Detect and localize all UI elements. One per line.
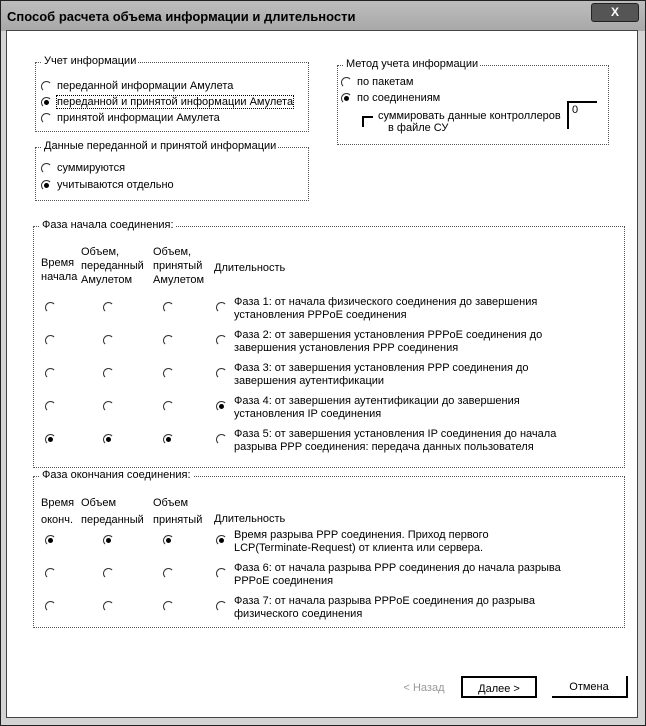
sum-controllers-label-1: суммировать данные контроллеров xyxy=(378,110,561,122)
tx-rx-label-1: учитываются отдельно xyxy=(57,179,174,191)
start-col-duration: Длительность xyxy=(214,261,285,275)
start-phase-row-4-received-radio[interactable] xyxy=(163,434,174,445)
end-phase-row-1-time-radio[interactable] xyxy=(45,568,56,579)
method-label-1: по соединениям xyxy=(357,92,440,104)
back-button[interactable]: < Назад xyxy=(391,677,457,699)
start-phase-row-2-received-radio[interactable] xyxy=(163,368,174,379)
start-phase-row-2-duration-radio[interactable] xyxy=(216,368,227,379)
info-accounting-radio-0[interactable] xyxy=(41,81,52,92)
end-phase-row-0-received-radio[interactable] xyxy=(163,535,174,546)
info-accounting-title: Учет информации xyxy=(42,55,138,67)
info-accounting-radio-1[interactable] xyxy=(41,97,52,108)
info-accounting-label-1: переданной и принятой информации Амулета xyxy=(57,96,293,108)
method-radio-1[interactable] xyxy=(341,93,352,104)
start-phase-row-4-time-radio[interactable] xyxy=(45,434,56,445)
sum-value-input[interactable]: 0 xyxy=(567,101,597,129)
tx-rx-group: Данные переданной и принятой информации xyxy=(35,147,309,201)
close-button[interactable]: X xyxy=(591,3,639,22)
start-phase-row-0-time-radio[interactable] xyxy=(45,302,56,313)
cancel-button[interactable]: Отмена xyxy=(552,676,628,698)
start-phase-row-1-duration-radio[interactable] xyxy=(216,335,227,346)
window-title: Способ расчета объема информации и длите… xyxy=(7,9,356,24)
sum-controllers-checkbox[interactable] xyxy=(362,116,373,127)
start-phase-row-3-received-radio[interactable] xyxy=(163,401,174,412)
end-col-received: Объемпринятый xyxy=(153,495,202,529)
start-phase-row-2-time-radio[interactable] xyxy=(45,368,56,379)
start-phase-row-4-sent-radio[interactable] xyxy=(103,434,114,445)
info-accounting-label-0: переданной информации Амулета xyxy=(57,80,233,92)
end-phase-title: Фаза окончания соединения: xyxy=(40,469,193,481)
sum-controllers-label-2: в файле СУ xyxy=(388,122,448,134)
method-title: Метод учета информации xyxy=(344,58,480,70)
tx-rx-title: Данные переданной и принятой информации xyxy=(42,140,278,152)
start-col-time: Времяначала xyxy=(41,256,77,284)
end-col-time: Времяоконч. xyxy=(41,495,74,529)
next-button[interactable]: Далее > xyxy=(461,676,537,698)
end-phase-row-1-received-radio[interactable] xyxy=(163,568,174,579)
start-phase-row-0-received-radio[interactable] xyxy=(163,302,174,313)
end-phase-row-2-description: Фаза 7: от начала разрыва PPPoE соединен… xyxy=(234,595,584,621)
start-phase-row-3-sent-radio[interactable] xyxy=(103,401,114,412)
method-label-0: по пакетам xyxy=(357,76,414,88)
start-phase-row-1-description: Фаза 2: от завершения установления PPPoE… xyxy=(234,329,584,355)
method-radio-0[interactable] xyxy=(341,77,352,88)
info-accounting-label-2: принятой информации Амулета xyxy=(57,112,220,124)
start-phase-row-0-sent-radio[interactable] xyxy=(103,302,114,313)
tx-rx-label-0: суммируются xyxy=(57,162,125,174)
tx-rx-radio-1[interactable] xyxy=(41,180,52,191)
start-phase-row-2-description: Фаза 3: от завершения установления PPP с… xyxy=(234,362,584,388)
end-phase-row-2-received-radio[interactable] xyxy=(163,601,174,612)
start-col-received: Объем,принятыйАмулетом xyxy=(153,245,204,287)
title-bar[interactable]: Способ расчета объема информации и длите… xyxy=(1,1,645,31)
end-phase-row-0-sent-radio[interactable] xyxy=(103,535,114,546)
end-phase-row-0-description: Время разрыва PPP соединения. Приход пер… xyxy=(234,529,584,555)
info-accounting-radio-2[interactable] xyxy=(41,113,52,124)
end-col-duration: Длительность xyxy=(214,512,285,526)
tx-rx-radio-0[interactable] xyxy=(41,163,52,174)
start-phase-row-3-description: Фаза 4: от завершения аутентификации до … xyxy=(234,395,584,421)
end-phase-row-1-description: Фаза 6: от начала разрыва PPP соединения… xyxy=(234,562,584,588)
start-col-sent: Объем,переданныйАмулетом xyxy=(81,245,144,287)
end-phase-row-0-duration-radio[interactable] xyxy=(216,535,227,546)
start-phase-row-0-duration-radio[interactable] xyxy=(216,302,227,313)
end-phase-row-1-duration-radio[interactable] xyxy=(216,568,227,579)
end-phase-row-0-time-radio[interactable] xyxy=(45,535,56,546)
start-phase-row-4-duration-radio[interactable] xyxy=(216,434,227,445)
end-col-sent: Объемпереданный xyxy=(81,495,144,529)
dialog-content: Учет информации Метод учета информации с… xyxy=(6,30,638,718)
start-phase-row-3-time-radio[interactable] xyxy=(45,401,56,412)
start-phase-row-1-time-radio[interactable] xyxy=(45,335,56,346)
end-phase-row-2-sent-radio[interactable] xyxy=(103,601,114,612)
start-phase-row-1-received-radio[interactable] xyxy=(163,335,174,346)
start-phase-row-1-sent-radio[interactable] xyxy=(103,335,114,346)
start-phase-row-0-description: Фаза 1: от начала физического соединения… xyxy=(234,296,584,322)
end-phase-row-2-duration-radio[interactable] xyxy=(216,601,227,612)
start-phase-row-3-duration-radio[interactable] xyxy=(216,401,227,412)
start-phase-title: Фаза начала соединения: xyxy=(40,219,176,231)
start-phase-row-4-description: Фаза 5: от завершения установления IP со… xyxy=(234,428,584,454)
end-phase-row-2-time-radio[interactable] xyxy=(45,601,56,612)
start-phase-row-2-sent-radio[interactable] xyxy=(103,368,114,379)
end-phase-row-1-sent-radio[interactable] xyxy=(103,568,114,579)
